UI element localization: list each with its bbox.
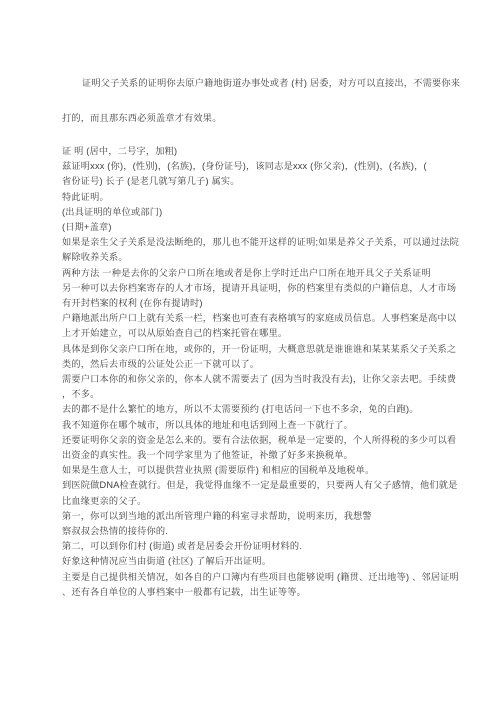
document-line: 到医院做DNA检查就行。但是，我觉得血缘不一定是最重要的，只要两人有父子感情，他… [62, 478, 460, 493]
document-line: 证明父子关系的证明你去原户籍地街道办事处或者 (村) 居委，对方可以直接出，不需… [62, 66, 460, 101]
document-line: 、还有各自单位的人事档案中一般都有记载，出生证等等。 [62, 585, 460, 600]
document-line: ，不多。 [62, 387, 460, 402]
document-line: 特此证明。 [62, 190, 460, 205]
document-line: 还要证明你父亲的资金是怎么来的。要有合法依据，税单是一定要的，个人所得税的多少可… [62, 433, 460, 448]
document-line: 打的，而且那东西必须盖章才有效果。 [62, 101, 460, 136]
document-line: 察叔叔会热情的接待你的. [62, 524, 460, 539]
document-line: 比血缘更亲的父子。 [62, 494, 460, 509]
document-line: 第一，你可以到当地的派出所管理户籍的科室寻求帮助，说明来历，我想警 [62, 509, 460, 524]
document-line: 上才开始建立，可以从原始查自己的档案托管在哪里。 [62, 326, 460, 341]
document-content: 证明父子关系的证明你去原户籍地街道办事处或者 (村) 居委，对方可以直接出，不需… [62, 0, 460, 600]
document-page: 证明父子关系的证明你去原户籍地街道办事处或者 (村) 居委，对方可以直接出，不需… [0, 0, 500, 707]
document-line: 需要户口本你的和你父亲的，你本人就不需要去了 (因为当时我没有去)，让你父亲去吧… [62, 372, 460, 387]
document-line: 两种方法 一种是去你的父亲户口所在地或者是你上学时迁出户口所在地开具父子关系证明 [62, 266, 460, 281]
document-heading: 证 明 (居中，二号字，加粗) [62, 144, 460, 159]
document-line: 出资金的真实性。我一个同学家里为了他签证，补缴了好多来换税单。 [62, 448, 460, 463]
document-line: (出具证明的单位或部门) [62, 205, 460, 220]
document-line: 主要是自己提供相关情况，如各自的户口簿内有些项目也能够说明 (籍贯、迁出地等) … [62, 570, 460, 585]
document-body: 兹证明xxx (你)，(性别)，(名族)，(身份证号)，该同志是xxx (你父亲… [62, 159, 460, 600]
document-line: 省份证号) 长子 (是老几就写第几子) 属实。 [62, 174, 460, 189]
document-line: 具体是到你父亲户口所在地，或你的，开一份证明，大概意思就是谁谁谁和某某某系父子关… [62, 342, 460, 357]
document-line: 解除收养关系。 [62, 250, 460, 265]
document-line: 类的，然后去市级的公证处公正一下就可以了。 [62, 357, 460, 372]
document-line: 如果是生意人士，可以提供营业执照 (需要原件) 和相应的国税单及地税单。 [62, 463, 460, 478]
document-line: (日期+盖章) [62, 220, 460, 235]
document-line: 如果是亲生父子关系是没法断绝的，那儿也不能开这样的证明;如果是养父子关系，可以通… [62, 235, 460, 250]
document-line: 有开封档案的权利 (在你有提请时) [62, 296, 460, 311]
document-line: 第二，可以到你们村 (街道) 或者是居委会开份证明材料的. [62, 539, 460, 554]
intro-paragraph: 证明父子关系的证明你去原户籍地街道办事处或者 (村) 居委，对方可以直接出，不需… [62, 0, 460, 136]
document-line: 兹证明xxx (你)，(性别)，(名族)，(身份证号)，该同志是xxx (你父亲… [62, 159, 460, 174]
document-line: 我不知道你在哪个城市，所以具体的地址和电话到网上查一下就行了。 [62, 418, 460, 433]
document-line: 好象这种情况应当由街道 (社区) 了解后开出证明。 [62, 554, 460, 569]
document-line: 去的都不是什么繁忙的地方，所以不太需要预约 (打电话问一下也不多余，免的白跑)。 [62, 402, 460, 417]
document-line: 另一种可以去你档案寄存的人才市场，提请开具证明，你的档案里有类似的户籍信息，人才… [62, 281, 460, 296]
document-line: 户籍地派出所户口上就有关系一栏，档案也可查有表格填写的家庭成员信息。人事档案是高… [62, 311, 460, 326]
